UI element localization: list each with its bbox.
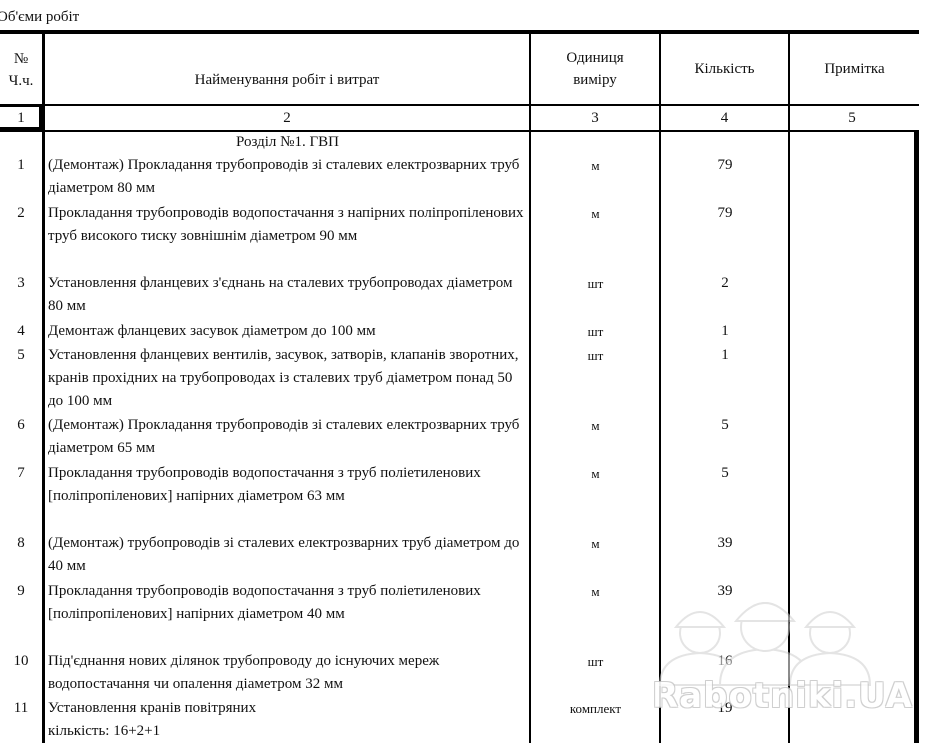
row-unit: м bbox=[531, 414, 660, 437]
row-quantity: 2 bbox=[661, 272, 789, 295]
row-number: 7 bbox=[0, 462, 42, 485]
row-unit: комплект bbox=[531, 697, 660, 720]
row-number: 11 bbox=[0, 697, 42, 720]
col-divider-3 bbox=[659, 32, 661, 743]
column-number-3: 3 bbox=[531, 106, 659, 130]
row-quantity: 5 bbox=[661, 462, 789, 485]
header-unit-line1: Одиниця bbox=[566, 47, 623, 69]
row-work-name: Установлення фланцевих з'єднань на стале… bbox=[48, 272, 528, 318]
section-title: Розділ №1. ГВП bbox=[45, 132, 530, 152]
row-quantity: 79 bbox=[661, 202, 789, 225]
row-work-name: (Демонтаж) Прокладання трубопроводів зі … bbox=[48, 154, 528, 200]
row-quantity: 16 bbox=[661, 650, 789, 673]
row-work-name: Прокладання трубопроводів водопостачання… bbox=[48, 462, 528, 508]
document-title: Об'єми робіт bbox=[0, 8, 79, 26]
row-unit: м bbox=[531, 462, 660, 485]
header-note: Примітка bbox=[790, 56, 919, 82]
row-work-name: Установлення кранів повітряних кількість… bbox=[48, 697, 528, 743]
header-number-line1: № bbox=[14, 48, 28, 70]
column-number-1: 1 bbox=[0, 106, 42, 130]
row-quantity: 5 bbox=[661, 414, 789, 437]
row-work-name: Прокладання трубопроводів водопостачання… bbox=[48, 580, 528, 626]
row-unit: м bbox=[531, 154, 660, 177]
header-unit: Одиниця виміру bbox=[531, 44, 659, 94]
row-unit: м bbox=[531, 580, 660, 603]
header-number-line2: Ч.ч. bbox=[9, 70, 34, 92]
row-number: 6 bbox=[0, 414, 42, 437]
watermark-text: Rabotniki.UA bbox=[652, 676, 913, 716]
row-number: 3 bbox=[0, 272, 42, 295]
row-number: 8 bbox=[0, 532, 42, 555]
header-quantity: Кількість bbox=[661, 56, 788, 82]
table-right-border bbox=[914, 130, 919, 743]
row-work-name: Установлення фланцевих вентилів, засувок… bbox=[48, 344, 528, 413]
column-number-4: 4 bbox=[661, 106, 788, 130]
row-work-name: Під'єднання нових ділянок трубопроводу д… bbox=[48, 650, 528, 696]
column-number-5: 5 bbox=[790, 106, 914, 130]
row-unit: шт bbox=[531, 320, 660, 343]
row-unit: шт bbox=[531, 650, 660, 673]
row-number: 9 bbox=[0, 580, 42, 603]
table-top-border bbox=[0, 30, 919, 34]
row-number: 10 bbox=[0, 650, 42, 673]
row-unit: шт bbox=[531, 344, 660, 367]
row-work-name: Демонтаж фланцевих засувок діаметром до … bbox=[48, 320, 528, 343]
row-quantity: 39 bbox=[661, 580, 789, 603]
row-work-name: Прокладання трубопроводів водопостачання… bbox=[48, 202, 528, 248]
row-work-name: (Демонтаж) трубопроводів зі сталевих еле… bbox=[48, 532, 528, 578]
row-quantity: 1 bbox=[661, 320, 789, 343]
row-quantity: 1 bbox=[661, 344, 789, 367]
header-unit-line2: виміру bbox=[573, 69, 617, 91]
row-quantity: 39 bbox=[661, 532, 789, 555]
row-quantity: 79 bbox=[661, 154, 789, 177]
column-number-2: 2 bbox=[45, 106, 529, 130]
row-unit: м bbox=[531, 202, 660, 225]
row-work-name: (Демонтаж) Прокладання трубопроводів зі … bbox=[48, 414, 528, 460]
row-number: 1 bbox=[0, 154, 42, 177]
row-number: 2 bbox=[0, 202, 42, 225]
header-number: № Ч.ч. bbox=[0, 40, 42, 100]
row-unit: м bbox=[531, 532, 660, 555]
row-number: 5 bbox=[0, 344, 42, 367]
row-unit: шт bbox=[531, 272, 660, 295]
col-divider-4 bbox=[788, 32, 790, 743]
header-name: Найменування робіт і витрат bbox=[45, 66, 529, 94]
row-number: 4 bbox=[0, 320, 42, 343]
